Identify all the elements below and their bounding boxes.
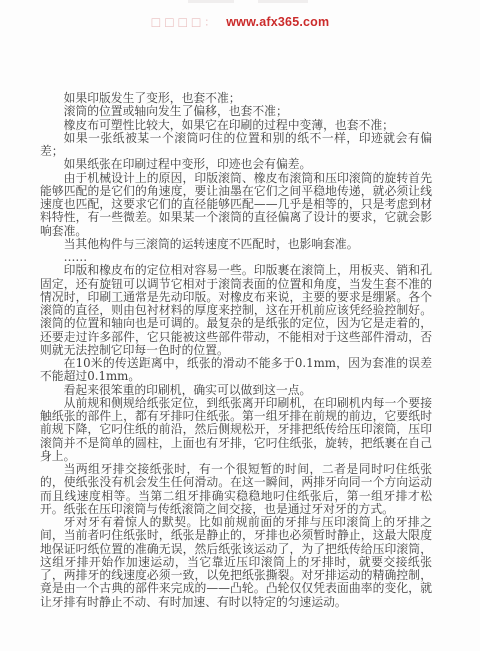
paragraph: 由于机械设计上的原因，印版滚筒、橡皮布滚筒和压印滚筒的旋转首先能够匹配的是它们的…: [40, 172, 432, 238]
paragraph: 当两组牙排交接纸张时，有一个很短暂的时间，二者是同时叼住纸张的，使纸张没有机会发…: [40, 463, 432, 516]
paragraph: 在10米的传送距离中，纸张的滑动不能多于0.1mm，因为套准的误差不能超过0.1…: [40, 357, 432, 384]
paragraph: 牙对牙有着惊人的默契。比如前规前面的牙排与压印滚筒上的牙排之间，当前者叼住纸张时…: [40, 516, 432, 609]
paragraph: 如果印版发生了变形，也套不准；: [40, 92, 432, 105]
paragraph: 如果一张纸被某一个滚筒叼住的位置和别的纸不一样，印迹就会有偏差；: [40, 132, 432, 159]
paragraph: 如果纸张在印刷过程中变形，印迹也会有偏差。: [40, 158, 432, 171]
cropped-text-remnant: [188, 0, 234, 3]
paragraph: 滚筒的位置或轴向发生了偏移，也套不准；: [40, 105, 432, 118]
paragraph: 看起来很笨重的印刷机，确实可以做到这一点。: [40, 384, 432, 397]
paragraph: 印版和橡皮布的定位相对容易一些。印版裹在滚筒上，用板夹、销和孔固定，还有旋钮可以…: [40, 264, 432, 357]
paragraph: 当其他构件与三滚筒的运转速度不匹配时，也影响套准。: [40, 238, 432, 251]
paragraph: 橡皮布可塑性比较大，如果它在印刷的过程中变薄，也套不准；: [40, 119, 432, 132]
site-url-link[interactable]: www.afx365.com: [226, 15, 329, 29]
paragraph-ellipsis: ……: [40, 251, 432, 264]
page-header: □□□□：www.afx365.com: [0, 11, 480, 30]
paragraph: 从前规和侧规给纸张定位，到纸张离开印刷机，在印刷机内每一个要接触纸张的部件上，都…: [40, 397, 432, 463]
watermark-placeholder-glyphs: □□□□：: [151, 16, 219, 29]
document-page: □□□□：www.afx365.com 如果印版发生了变形，也套不准； 滚筒的位…: [0, 0, 480, 651]
document-body: 如果印版发生了变形，也套不准； 滚筒的位置或轴向发生了偏移，也套不准； 橡皮布可…: [40, 92, 432, 609]
cropped-text-remnant: [258, 0, 308, 3]
